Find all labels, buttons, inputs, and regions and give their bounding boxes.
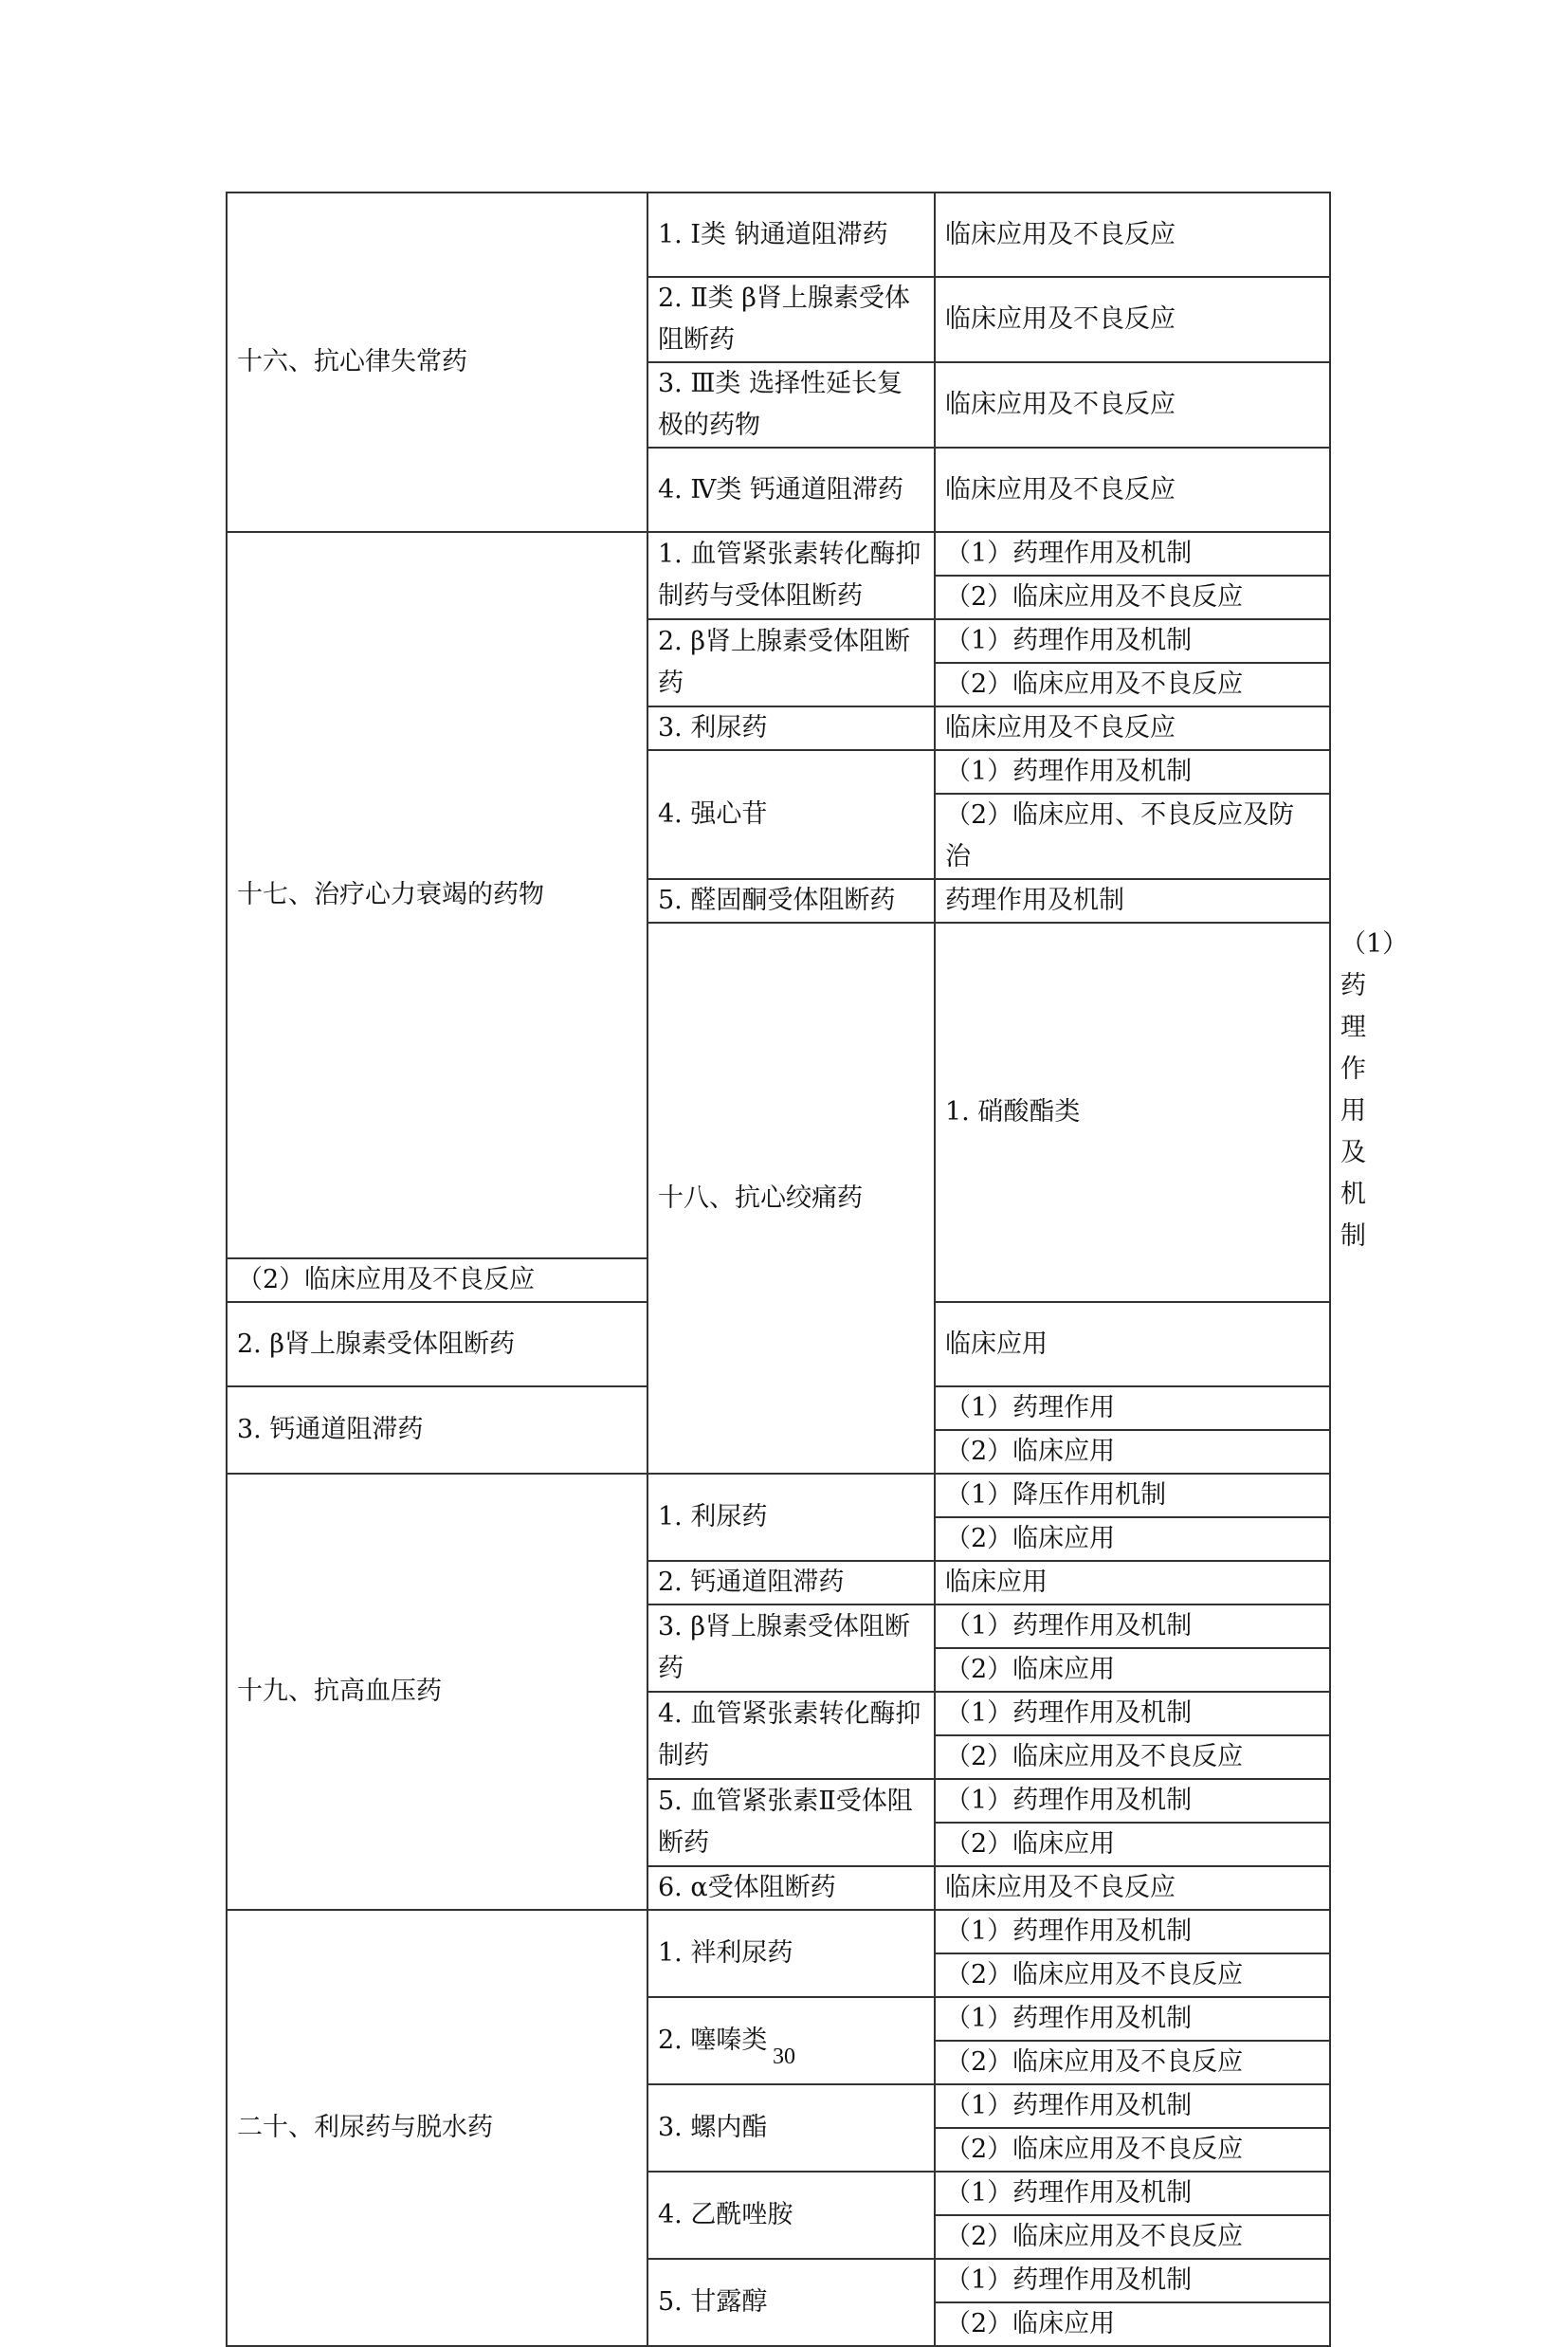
document-page: 十六、抗心律失常药 1. Ⅰ类 钠通道阻滞药 临床应用及不良反应 2. Ⅱ类 β… [0, 0, 1568, 2218]
requirement-cell: （2）临床应用 [935, 1823, 1330, 1866]
topic-cell: 1. 利尿药 [647, 1474, 935, 1561]
requirement-cell: 临床应用 [935, 1561, 1330, 1604]
requirement-cell: （2）临床应用 [935, 2302, 1330, 2346]
topic-cell: 5. 醛固酮受体阻断药 [647, 879, 935, 923]
topic-cell: 3. 利尿药 [647, 706, 935, 750]
requirement-cell: （2）临床应用 [935, 1430, 1330, 1474]
requirement-cell: 临床应用及不良反应 [935, 277, 1330, 362]
topic-cell: 2. β肾上腺素受体阻断药 [647, 619, 935, 706]
requirement-cell: （1）降压作用机制 [935, 1474, 1330, 1517]
topic-cell: 2. Ⅱ类 β肾上腺素受体阻断药 [647, 277, 935, 362]
requirement-cell: （1）药理作用及机制 [935, 1779, 1330, 1823]
requirement-cell: （2）临床应用及不良反应 [935, 1953, 1330, 1997]
requirement-cell: （2）临床应用及不良反应 [935, 2128, 1330, 2172]
requirement-cell: （1）药理作用及机制 [935, 2172, 1330, 2215]
topic-cell: 1. 血管紧张素转化酶抑制药与受体阻断药 [647, 532, 935, 619]
topic-cell: 3. 钙通道阻滞药 [227, 1386, 647, 1474]
requirement-cell: （1）药理作用及机制 [935, 619, 1330, 663]
requirement-cell: （2）临床应用 [935, 1517, 1330, 1561]
topic-cell: 5. 血管紧张素Ⅱ受体阻断药 [647, 1779, 935, 1866]
topic-cell: 3. β肾上腺素受体阻断药 [647, 1604, 935, 1692]
requirement-cell: （1）药理作用 [935, 1386, 1330, 1430]
topic-cell: 1. Ⅰ类 钠通道阻滞药 [647, 193, 935, 277]
syllabus-table: 十六、抗心律失常药 1. Ⅰ类 钠通道阻滞药 临床应用及不良反应 2. Ⅱ类 β… [226, 192, 1331, 2347]
unit-title: 十八、抗心绞痛药 [647, 923, 935, 1474]
requirement-cell: 临床应用及不良反应 [935, 448, 1330, 532]
requirement-cell: （2）临床应用及不良反应 [935, 1735, 1330, 1779]
table-row: 十七、治疗心力衰竭的药物 1. 血管紧张素转化酶抑制药与受体阻断药 （1）药理作… [227, 532, 1330, 576]
requirement-cell: （2）临床应用及不良反应 [227, 1258, 647, 1302]
topic-cell: 2. β肾上腺素受体阻断药 [227, 1302, 647, 1386]
requirement-cell: （2）临床应用 [935, 1648, 1330, 1692]
requirement-cell: （1）药理作用及机制 [935, 2084, 1330, 2128]
table-row: 十九、抗高血压药 1. 利尿药 （1）降压作用机制 [227, 1474, 1330, 1517]
unit-title: 十七、治疗心力衰竭的药物 [227, 532, 647, 1258]
unit-title: 二十、利尿药与脱水药 [227, 1910, 647, 2346]
requirement-cell: 临床应用及不良反应 [935, 362, 1330, 448]
requirement-cell: （2）临床应用及不良反应 [935, 663, 1330, 706]
topic-cell: 2. 钙通道阻滞药 [647, 1561, 935, 1604]
topic-cell: 3. 螺内酯 [647, 2084, 935, 2172]
requirement-cell: （2）临床应用及不良反应 [935, 576, 1330, 619]
topic-cell: 5. 甘露醇 [647, 2259, 935, 2346]
table-row: 二十、利尿药与脱水药 1. 袢利尿药 （1）药理作用及机制 [227, 1910, 1330, 1953]
requirement-cell: 临床应用 [935, 1302, 1330, 1386]
requirement-cell: 临床应用及不良反应 [935, 706, 1330, 750]
topic-cell: 6. α受体阻断药 [647, 1866, 935, 1910]
requirement-cell: （2）临床应用及不良反应 [935, 2215, 1330, 2259]
requirement-cell: （1）药理作用及机制 [935, 750, 1330, 794]
requirement-cell: （1）药理作用及机制 [935, 1910, 1330, 1953]
requirement-cell: 临床应用及不良反应 [935, 193, 1330, 277]
unit-title: 十六、抗心律失常药 [227, 193, 647, 532]
requirement-cell: （1）药理作用及机制 [935, 2259, 1330, 2302]
topic-cell: 4. 强心苷 [647, 750, 935, 879]
topic-cell: 1. 袢利尿药 [647, 1910, 935, 1997]
requirement-cell: （1）药理作用及机制 [935, 1604, 1330, 1648]
topic-cell: 3. Ⅲ类 选择性延长复极的药物 [647, 362, 935, 448]
requirement-cell: （1）药理作用及机制 [935, 532, 1330, 576]
topic-cell: 2. 噻嗪类 [647, 1997, 935, 2084]
page-number: 30 [0, 2044, 1568, 2070]
table-row: 十六、抗心律失常药 1. Ⅰ类 钠通道阻滞药 临床应用及不良反应 [227, 193, 1330, 277]
requirement-cell: 临床应用及不良反应 [935, 1866, 1330, 1910]
requirement-cell: （1）药理作用及机制 [935, 1997, 1330, 2041]
requirement-cell: （1）药理作用及机制 [935, 1692, 1330, 1735]
requirement-cell: 药理作用及机制 [935, 879, 1330, 923]
unit-title: 十九、抗高血压药 [227, 1474, 647, 1910]
topic-cell: 1. 硝酸酯类 [935, 923, 1330, 1302]
topic-cell: 4. 乙酰唑胺 [647, 2172, 935, 2259]
topic-cell: 4. Ⅳ类 钙通道阻滞药 [647, 448, 935, 532]
requirement-cell: （2）临床应用、不良反应及防治 [935, 794, 1330, 879]
topic-cell: 4. 血管紧张素转化酶抑制药 [647, 1692, 935, 1779]
